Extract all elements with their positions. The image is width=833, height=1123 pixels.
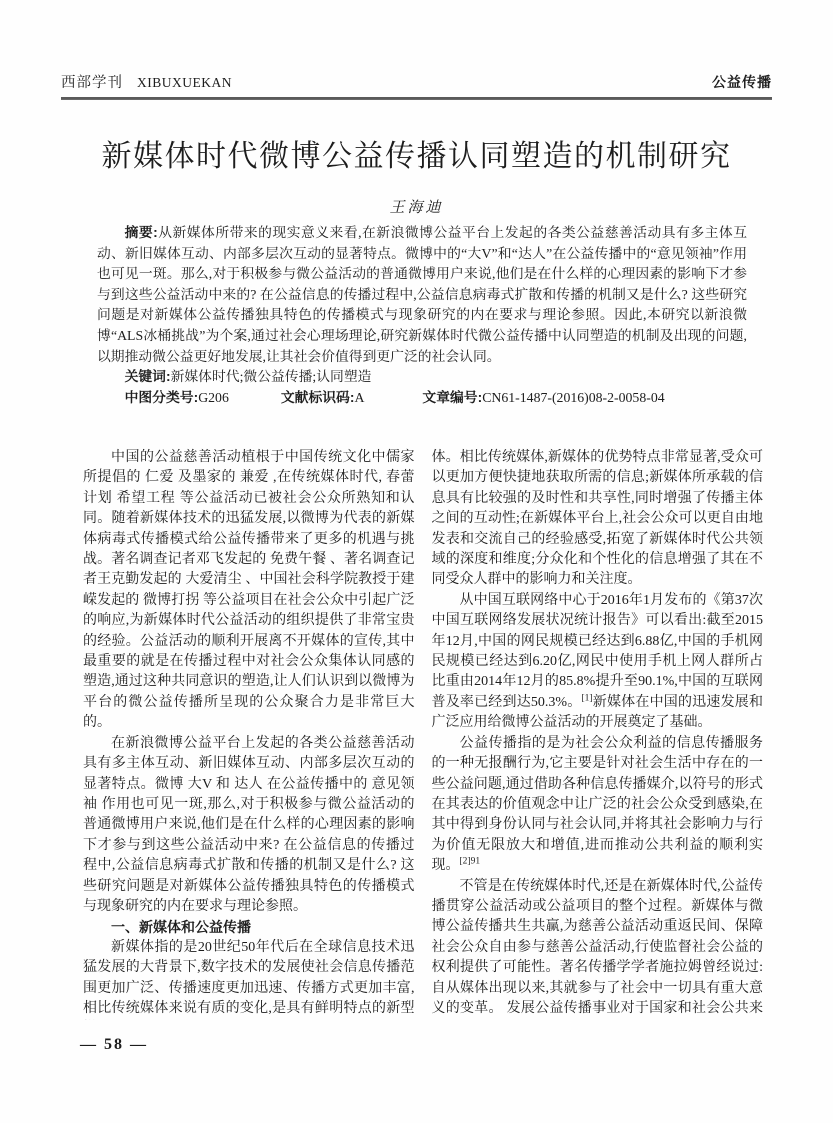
journal-name-en: XIBUXUEKAN [137,75,232,90]
paragraph-text: 公益传播指的是为社会公众利益的信息传播服务的一种无报酬行为,它主要是针对社会生活… [432,736,764,873]
abstract: 摘要:从新媒体所带来的现实意义来看,在新浪微博公益平台上发起的各类公益慈善活动具… [97,223,747,367]
article-id-label: 文章编号: [422,390,482,405]
citation-marker: [1] [581,693,592,703]
abstract-text: 从新媒体所带来的现实意义来看,在新浪微博公益平台上发起的各类公益慈善活动具有多主… [97,225,747,364]
paragraph: 从中国互联网络中心于2016年1月发布的《第37次中国互联网络发展状况统计报告》… [432,591,764,734]
article-author: 王海迪 [0,196,833,217]
column-label: 公益传播 [712,73,772,91]
keywords: 关键词:新媒体时代;微公益传播;认同塑造 [97,367,747,388]
doc-code-value: A [354,390,364,405]
right-column: 体。相比传统媒体,新媒体的优势特点非常显著,受众可以更加方便快捷地获取所需的信息… [432,448,764,1020]
article-title: 新媒体时代微博公益传播认同塑造的机制研究 [40,131,793,175]
paragraph: 不管是在传统媒体时代,还是在新媒体时代,公益传播贯穿公益活动或公益项目的整个过程… [432,877,764,1020]
page-number: — 58 — [80,1036,148,1054]
section-heading: 一、新媒体和公益传播 [83,917,415,937]
paragraph-text: 从中国互联网络中心于2016年1月发布的《第37次中国互联网络发展状况统计报告》… [432,593,764,710]
paragraph: 公益传播指的是为社会公众利益的信息传播服务的一种无报酬行为,它主要是针对社会生活… [432,734,764,877]
journal-page: 西部学刊XIBUXUEKAN 公益传播 新媒体时代微博公益传播认同塑造的机制研究… [0,0,833,1123]
classification-line: 中图分类号:G206文献标识码:A文章编号:CN61-1487-(2016)08… [97,388,747,409]
doc-code-label: 文献标识码: [281,390,355,405]
left-column: 中国的公益慈善活动植根于中国传统文化中儒家所提倡的 仁爱 及墨家的 兼爱 ,在传… [83,448,415,1020]
paragraph-continuation: 体。相比传统媒体,新媒体的优势特点非常显著,受众可以更加方便快捷地获取所需的信息… [432,448,764,591]
keywords-label: 关键词: [125,369,171,384]
article-id-segment: 文章编号:CN61-1487-(2016)08-2-0058-04 [422,390,664,405]
front-matter: 摘要:从新媒体所带来的现实意义来看,在新浪微博公益平台上发起的各类公益慈善活动具… [97,223,747,408]
body-columns: 中国的公益慈善活动植根于中国传统文化中儒家所提倡的 仁爱 及墨家的 兼爱 ,在传… [83,448,763,1020]
paragraph: 中国的公益慈善活动植根于中国传统文化中儒家所提倡的 仁爱 及墨家的 兼爱 ,在传… [83,448,415,734]
header-divider [61,97,772,100]
clc-value: G206 [198,390,229,405]
citation-marker: [2]91 [460,856,481,866]
keywords-text: 新媒体时代;微公益传播;认同塑造 [171,369,372,384]
journal-name-cn: 西部学刊 [61,75,123,91]
journal-name: 西部学刊XIBUXUEKAN [61,74,232,92]
paragraph: 新媒体指的是20世纪50年代后在全球信息技术迅猛发展的大背景下,数字技术的发展使… [83,938,415,1020]
doc-code-segment: 文献标识码:A [281,390,365,405]
article-id-value: CN61-1487-(2016)08-2-0058-04 [482,390,664,405]
running-head: 西部学刊XIBUXUEKAN 公益传播 [61,73,772,92]
paragraph: 在新浪微博公益平台上发起的各类公益慈善活动具有多主体互动、新旧媒体互动、内部多层… [83,734,415,918]
clc-segment: 中图分类号:G206 [125,390,229,405]
clc-label: 中图分类号: [125,390,199,405]
abstract-label: 摘要: [125,225,158,240]
